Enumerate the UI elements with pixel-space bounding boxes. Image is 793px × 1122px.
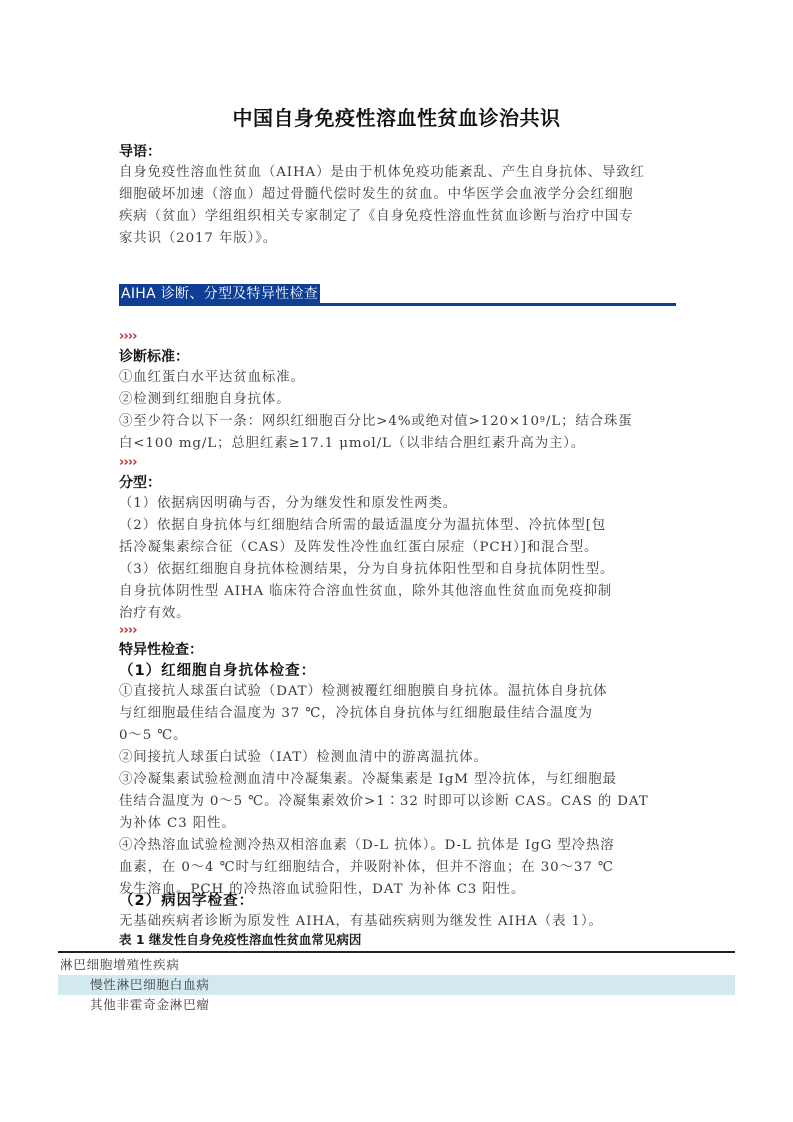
table-cell-disease: 其他非霍奇金淋巴瘤: [90, 995, 210, 1015]
table-row: 淋巴细胞增殖性疾病: [58, 955, 735, 975]
classification-item: （2）依据自身抗体与红细胞结合所需的最适温度分为温抗体型、冷抗体型[包: [119, 515, 677, 537]
table-row: 慢性淋巴细胞白血病: [58, 975, 735, 995]
section-rule-divider: [119, 303, 676, 306]
classification-item: 自身抗体阴性型 AIHA 临床符合溶血性贫血，除外其他溶血性贫血而免疫抑制: [119, 581, 677, 603]
test-line: 与红细胞最佳结合温度为 37 ℃，冷抗体自身抗体与红细胞最佳结合温度为: [119, 703, 677, 725]
classification-heading: 分型：: [119, 473, 161, 493]
test-line: ③冷凝集素试验检测血清中冷凝集素。冷凝集素是 IgM 型冷抗体，与红细胞最: [119, 769, 677, 791]
table-cell-disease: 慢性淋巴细胞白血病: [90, 975, 210, 995]
classification-item: 括冷凝集素综合征（CAS）及阵发性冷性血红蛋白尿症（PCH）]和混合型。: [119, 537, 677, 559]
intro-line: 家共识（2017 年版）》。: [119, 228, 677, 250]
chevron-marker-icon: ››››: [119, 329, 136, 345]
table-cell-category: 淋巴细胞增殖性疾病: [60, 955, 180, 975]
intro-heading: 导语：: [119, 142, 161, 162]
criterion-item: 白<100 mg/L；总胆红素≥17.1 μmol/L（以非结合胆红素升高为主）…: [119, 433, 677, 455]
subheading-autoantibody: （1）红细胞自身抗体检查：: [119, 661, 316, 681]
test-line: 为补体 C3 阳性。: [119, 813, 677, 835]
test-line: ④冷热溶血试验检测冷热双相溶血素（D-L 抗体）。D-L 抗体是 IgG 型冷热…: [119, 835, 677, 857]
specific-tests-heading: 特异性检查：: [119, 640, 203, 660]
criterion-item: ②检测到红细胞自身抗体。: [119, 389, 677, 411]
classification-item: （3）依据红细胞自身抗体检测结果，分为自身抗体阳性型和自身抗体阴性型。: [119, 559, 677, 581]
etiology-line: 无基础疾病者诊断为原发性 AIHA，有基础疾病则为继发性 AIHA（表 1）。: [119, 911, 677, 933]
section-heading: AIHA 诊断、分型及特异性检查: [119, 284, 320, 304]
classification-item: 治疗有效。: [119, 603, 677, 625]
classification-list: （1）依据病因明确与否，分为继发性和原发性两类。 （2）依据自身抗体与红细胞结合…: [119, 493, 677, 625]
subheading-etiology: （2）病因学检查：: [119, 891, 254, 911]
criterion-item: ③至少符合以下一条：网织红细胞百分比>4%或绝对值>120×109/L；结合珠蛋: [119, 411, 677, 433]
test-line: 佳结合温度为 0～5 ℃。冷凝集素效价>1∶32 时即可以诊断 CAS。CAS …: [119, 791, 677, 813]
intro-line: 细胞破坏加速（溶血）超过骨髓代偿时发生的贫血。中华医学会血液学分会红细胞: [119, 184, 677, 206]
diagnosis-heading: 诊断标准：: [119, 347, 189, 367]
test-line: 0～5 ℃。: [119, 725, 677, 747]
classification-item: （1）依据病因明确与否，分为继发性和原发性两类。: [119, 493, 677, 515]
intro-line: 自身免疫性溶血性贫血（AIHA）是由于机体免疫功能紊乱、产生自身抗体、导致红: [119, 162, 677, 184]
table-row: 其他非霍奇金淋巴瘤: [58, 995, 735, 1015]
etiology-text: 无基础疾病者诊断为原发性 AIHA，有基础疾病则为继发性 AIHA（表 1）。: [119, 911, 677, 933]
table-top-rule: [58, 951, 735, 953]
test-line: ②间接抗人球蛋白试验（IAT）检测血清中的游离温抗体。: [119, 747, 677, 769]
criterion-item: ①血红蛋白水平达贫血标准。: [119, 367, 677, 389]
test-line: ①直接抗人球蛋白试验（DAT）检测被覆红细胞膜自身抗体。温抗体自身抗体: [119, 681, 677, 703]
chevron-marker-icon: ››››: [119, 623, 136, 639]
chevron-marker-icon: ››››: [119, 455, 136, 471]
test-line: 血素，在 0～4 ℃时与红细胞结合，并吸附补体，但并不溶血；在 30～37 ℃: [119, 857, 677, 879]
table-caption: 表 1 继发性自身免疫性溶血性贫血常见病因: [119, 932, 361, 948]
intro-paragraph: 自身免疫性溶血性贫血（AIHA）是由于机体免疫功能紊乱、产生自身抗体、导致红 细…: [119, 162, 677, 250]
intro-line: 疾病（贫血）学组组织相关专家制定了《自身免疫性溶血性贫血诊断与治疗中国专: [119, 206, 677, 228]
autoantibody-tests: ①直接抗人球蛋白试验（DAT）检测被覆红细胞膜自身抗体。温抗体自身抗体 与红细胞…: [119, 681, 677, 901]
diagnosis-criteria: ①血红蛋白水平达贫血标准。 ②检测到红细胞自身抗体。 ③至少符合以下一条：网织红…: [119, 367, 677, 455]
exponent: 9: [540, 415, 546, 424]
criterion-text: ③至少符合以下一条：网织红细胞百分比>4%或绝对值>120×10: [119, 414, 540, 429]
criterion-text-tail: /L；结合珠蛋: [546, 414, 633, 429]
page-title: 中国自身免疫性溶血性贫血诊治共识: [0, 102, 793, 131]
